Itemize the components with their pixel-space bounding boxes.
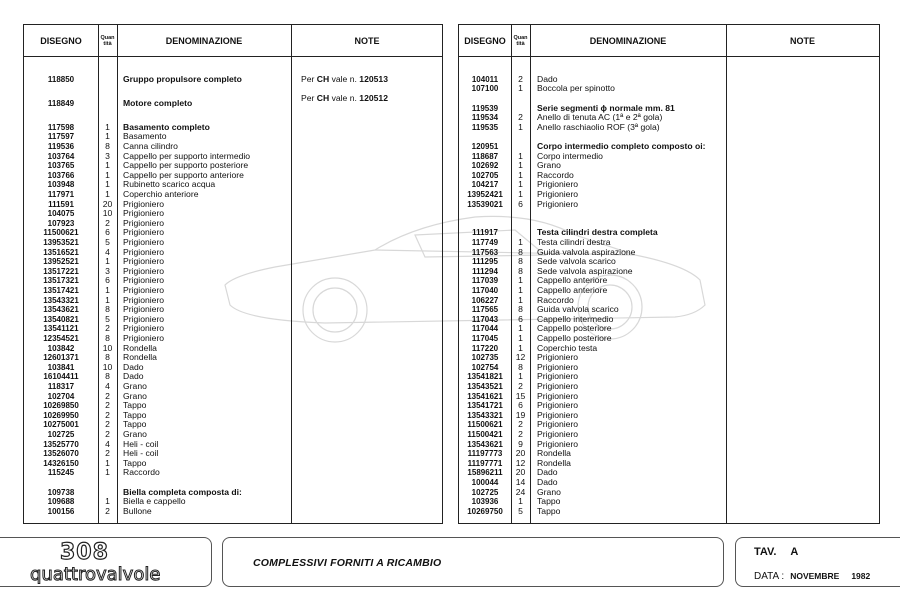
header-quantita: Quantità: [98, 25, 117, 56]
table-row: 135165214Prigioniero: [24, 248, 442, 258]
table-row: 135411212Prigioniero: [24, 324, 442, 334]
table-row: 135408215Prigioniero: [24, 315, 442, 325]
table-row: 1179711Coperchio anteriore: [24, 190, 442, 200]
table-row: 135390216Prigioniero: [459, 200, 879, 210]
sheet-title: COMPLESSIVI FORNITI A RICAMBIO: [253, 557, 441, 569]
part-code: 111294: [459, 267, 511, 277]
date-month: NOVEMBRE: [790, 571, 839, 581]
part-code: 109688: [24, 497, 98, 507]
header-denominazione: DENOMINAZIONE: [117, 25, 291, 56]
part-code: 11197773: [459, 449, 511, 459]
quantity: 2: [98, 507, 117, 517]
table-row: 1096881Biella e cappello: [24, 497, 442, 507]
table-row: 135433211Prigioniero: [24, 296, 442, 306]
part-code: 100156: [24, 507, 98, 517]
table-row: 102699502Tappo: [24, 411, 442, 421]
part-code: 10269950: [24, 411, 98, 421]
part-code: 102704: [24, 392, 98, 402]
part-code: 13953521: [24, 238, 98, 248]
quantity: 1: [511, 123, 530, 133]
part-code: 13526070: [24, 449, 98, 459]
table-row: 1071001Boccola per spinotto: [459, 84, 879, 94]
table-row: 1039481Rubinetto scarico acqua: [24, 180, 442, 190]
part-code: 102754: [459, 363, 511, 373]
note-row: Per CH vale n. 120512: [24, 94, 442, 104]
table-row: 1037661Cappello per supporto anteriore: [24, 171, 442, 181]
part-code: 102725: [24, 430, 98, 440]
part-code: 117971: [24, 190, 98, 200]
part-code: 13516521: [24, 248, 98, 258]
part-name: Boccola per spinotto: [537, 84, 615, 94]
table-row: 161044118Dado: [24, 372, 442, 382]
part-code: 13525770: [24, 440, 98, 450]
part-code: 102705: [459, 171, 511, 181]
part-code: 118687: [459, 152, 511, 162]
header-quantita-line2: tità: [516, 41, 524, 47]
part-code: 103948: [24, 180, 98, 190]
table-row: 10384210Rondella: [24, 344, 442, 354]
date-year: 1982: [851, 571, 870, 581]
table-row: 1183174Grano: [24, 382, 442, 392]
quantity: 5: [511, 507, 530, 517]
part-code: 13541621: [459, 392, 511, 402]
part-code: 11500621: [459, 420, 511, 430]
part-code: 117563: [459, 248, 511, 258]
table-row: 1175971Basamento: [24, 132, 442, 142]
table-row: 135174211Prigioniero: [24, 286, 442, 296]
part-code: 13543321: [459, 411, 511, 421]
table-row: 109738Biella completa composta di:: [24, 488, 442, 498]
table-row: 1027252Grano: [24, 430, 442, 440]
tav-label: TAV.A: [754, 546, 798, 558]
table-row: 135436218Prigioniero: [24, 305, 442, 315]
header-denominazione: DENOMINAZIONE: [530, 25, 726, 56]
quantity: 1: [511, 84, 530, 94]
part-name: Anello raschiaolio ROF (3ª gola): [537, 123, 660, 133]
part-code: 119536: [24, 142, 98, 152]
part-code: 102725: [459, 488, 511, 498]
part-code: 109738: [24, 488, 98, 498]
part-code: 13543321: [24, 296, 98, 306]
part-code: 11500621: [24, 228, 98, 238]
part-code: 100044: [459, 478, 511, 488]
parts-table-right: DISEGNO Quantità DENOMINAZIONE NOTE 1040…: [458, 24, 880, 524]
part-code: 13517421: [24, 286, 98, 296]
part-name: Prigioniero: [537, 200, 578, 210]
table-row: 1001562Bullone: [24, 507, 442, 517]
table-row: 102750012Tappo: [24, 420, 442, 430]
part-code: 111591: [24, 200, 98, 210]
table-row: 10407510Prigioniero: [24, 209, 442, 219]
header-disegno: DISEGNO: [459, 25, 511, 56]
table-row: 126013718Rondella: [24, 353, 442, 363]
table-row: 135260702Heli - coil: [24, 449, 442, 459]
table-row: 1152451Raccordo: [24, 468, 442, 478]
table-row: 135257704Heli - coil: [24, 440, 442, 450]
part-code: 13952521: [24, 257, 98, 267]
title-box: COMPLESSIVI FORNITI A RICAMBIO: [222, 537, 724, 587]
part-code: 10269850: [24, 401, 98, 411]
quantity: 1: [98, 468, 117, 478]
part-code: 104075: [24, 209, 98, 219]
model-number-logo: 308: [60, 540, 109, 565]
part-code: 104217: [459, 180, 511, 190]
part-code: 13517321: [24, 276, 98, 286]
part-code: 119539: [459, 104, 511, 114]
part-code: 103765: [24, 161, 98, 171]
table-row: 102698502Tappo: [24, 401, 442, 411]
part-code: 117043: [459, 315, 511, 325]
part-code: 119534: [459, 113, 511, 123]
part-code: 13543621: [459, 440, 511, 450]
part-code: 13543521: [459, 382, 511, 392]
tav-label-text: TAV.: [754, 546, 776, 558]
part-code: 117565: [459, 305, 511, 315]
part-code: 14326150: [24, 459, 98, 469]
header-note: NOTE: [726, 25, 879, 56]
table-row: 143261501Tappo: [24, 459, 442, 469]
part-name: Bullone: [123, 507, 152, 517]
part-code: 10269750: [459, 507, 511, 517]
sheet-info-box: TAV.A DATA :NOVEMBRE1982: [735, 537, 900, 587]
part-code: 117045: [459, 334, 511, 344]
table-row: 1195351Anello raschiaolio ROF (3ª gola): [459, 123, 879, 133]
part-code: 117597: [24, 132, 98, 142]
header-note: NOTE: [291, 25, 443, 56]
part-code: 119535: [459, 123, 511, 133]
table-row: 1175981Basamento completo: [24, 123, 442, 133]
part-code: 10275001: [24, 420, 98, 430]
part-code: 104011: [459, 75, 511, 85]
tav-value: A: [790, 546, 798, 558]
table-row: 10384110Dado: [24, 363, 442, 373]
part-code: 103842: [24, 344, 98, 354]
part-code: 117039: [459, 276, 511, 286]
part-code: 111917: [459, 228, 511, 238]
part-name: Raccordo: [123, 468, 160, 478]
part-code: 117749: [459, 238, 511, 248]
part-code: 13540821: [24, 315, 98, 325]
header-quantita: Quantità: [511, 25, 530, 56]
part-code: 13541721: [459, 401, 511, 411]
part-code: 103766: [24, 171, 98, 181]
part-code: 15896211: [459, 468, 511, 478]
part-code: 102735: [459, 353, 511, 363]
part-code: 118317: [24, 382, 98, 392]
table-row: 102697505Tappo: [459, 507, 879, 517]
parts-table-left: DISEGNO Quantità DENOMINAZIONE NOTE 1188…: [23, 24, 443, 524]
part-code: 107923: [24, 219, 98, 229]
part-code: 103936: [459, 497, 511, 507]
table-row: 115006216Prigioniero: [24, 228, 442, 238]
part-code: 13517221: [24, 267, 98, 277]
part-code: 12354521: [24, 334, 98, 344]
table-row: 1079232Prigioniero: [24, 219, 442, 229]
logo-box: 308 quattrovalvole: [0, 537, 212, 587]
part-code: 11500421: [459, 430, 511, 440]
part-note: Per CH vale n. 120512: [301, 94, 388, 104]
part-code: 103764: [24, 152, 98, 162]
part-code: 16104411: [24, 372, 98, 382]
table-row: 135173216Prigioniero: [24, 276, 442, 286]
part-code: 12601371: [24, 353, 98, 363]
part-code: 13952421: [459, 190, 511, 200]
part-code: 111295: [459, 257, 511, 267]
part-code: 13541821: [459, 372, 511, 382]
table-row: 11159120Prigioniero: [24, 200, 442, 210]
part-code: 102692: [459, 161, 511, 171]
part-name: Tappo: [537, 507, 560, 517]
date-line: DATA :NOVEMBRE1982: [754, 571, 870, 582]
part-code: 106227: [459, 296, 511, 306]
part-code: 117220: [459, 344, 511, 354]
table-row: 123545218Prigioniero: [24, 334, 442, 344]
header-quantita-line2: tità: [103, 41, 111, 47]
part-code: 115245: [24, 468, 98, 478]
part-code: 117040: [459, 286, 511, 296]
part-note: Per CH vale n. 120513: [301, 75, 388, 85]
part-code: 11197771: [459, 459, 511, 469]
part-code: 117598: [24, 123, 98, 133]
header-disegno: DISEGNO: [24, 25, 98, 56]
table-row: 139535215Prigioniero: [24, 238, 442, 248]
part-code: 117044: [459, 324, 511, 334]
model-name-logo: quattrovalvole: [30, 564, 160, 585]
note-row: Per CH vale n. 120513: [24, 75, 442, 85]
table-row: 1027042Grano: [24, 392, 442, 402]
date-label: DATA :: [754, 571, 784, 582]
part-code: 107100: [459, 84, 511, 94]
part-code: 103841: [24, 363, 98, 373]
table-row: 139525211Prigioniero: [24, 257, 442, 267]
part-code: 120951: [459, 142, 511, 152]
part-code: 13543621: [24, 305, 98, 315]
part-code: 13539021: [459, 200, 511, 210]
table-row: 135172213Prigioniero: [24, 267, 442, 277]
part-code: 13541121: [24, 324, 98, 334]
quantity: 6: [511, 200, 530, 210]
